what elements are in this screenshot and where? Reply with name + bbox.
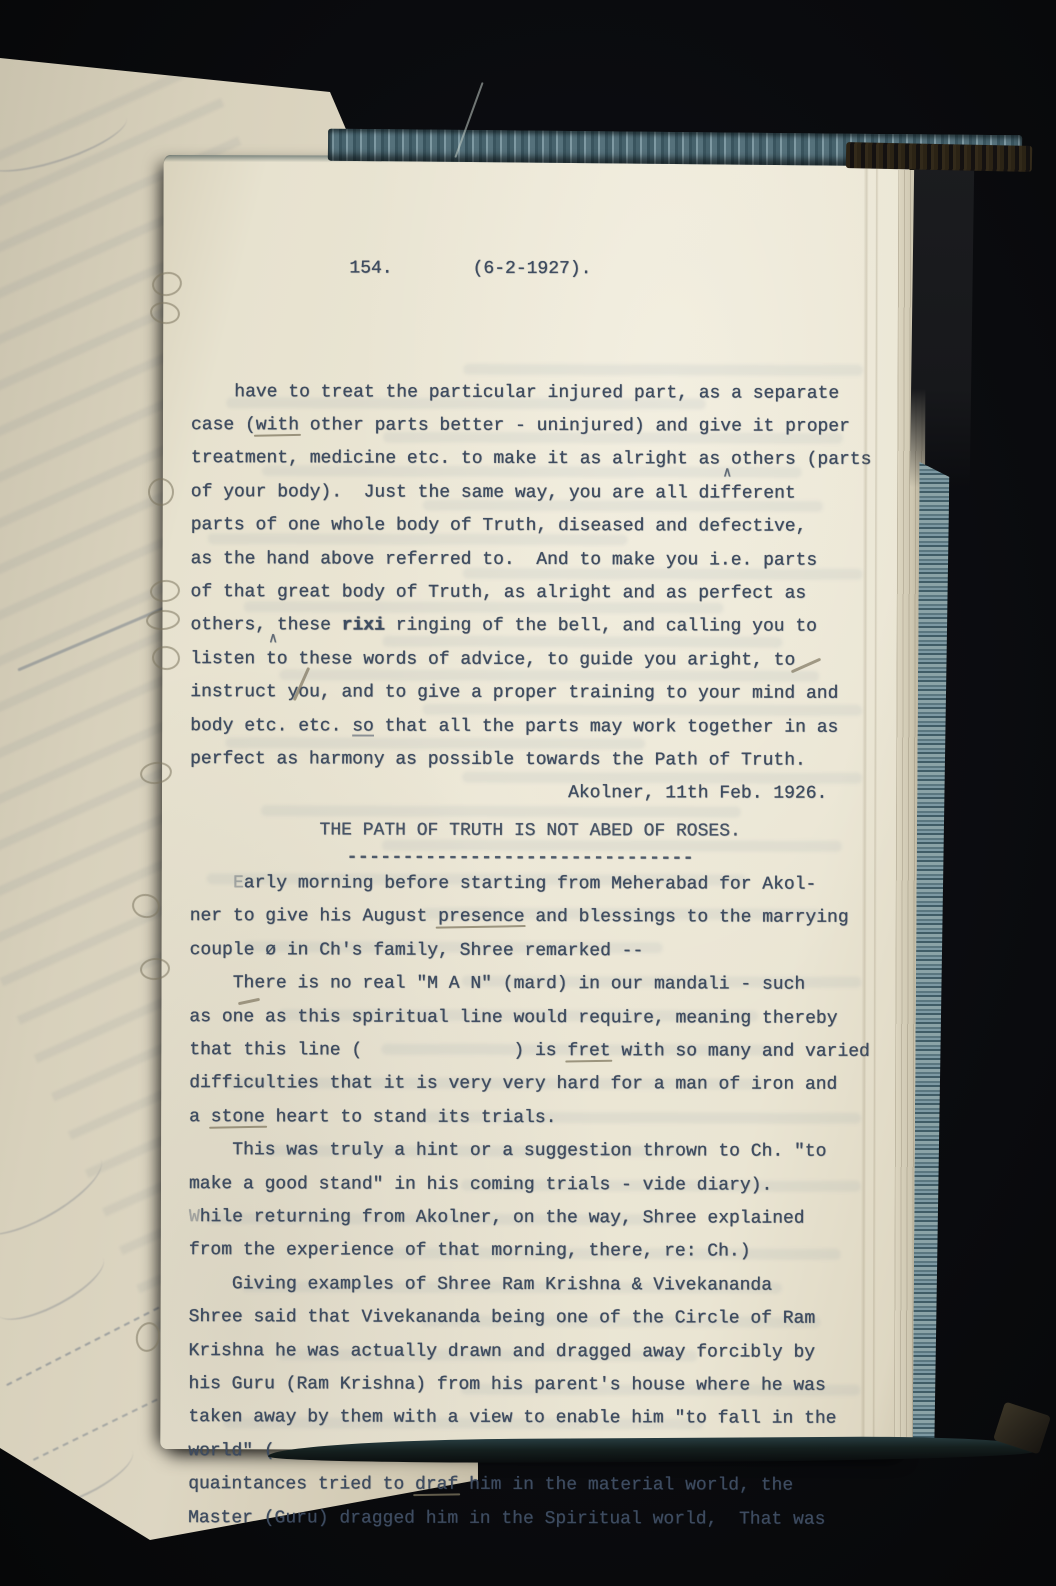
text-line: of your body). Just the same way, you ar… <box>191 476 897 511</box>
manuscript-page: 154.(6-2-1927). have to treat the partic… <box>160 155 909 1451</box>
text-line: others, ∧these rixi ringing of the bell,… <box>190 609 896 644</box>
text-line: perfect as harmony as possible towards t… <box>190 743 896 778</box>
text-line: While returning from Akolner, on the way… <box>189 1201 895 1236</box>
text-line: Giving examples of Shree Ram Krishna & V… <box>189 1268 895 1303</box>
text-line: Master (Guru) dragged him in the Spiritu… <box>188 1502 894 1537</box>
text-line: a stone heart to stand its trials. <box>189 1101 895 1136</box>
text-line: couple ø in Ch's family, Shree remarked … <box>190 934 896 969</box>
text-line: Krishna he was actually drawn and dragge… <box>189 1335 895 1370</box>
text-line: from the experience of that morning, the… <box>189 1234 895 1269</box>
handwriting-ghost <box>0 1239 113 1332</box>
binding-braid <box>846 142 1033 172</box>
text-line: listen to these words of advice, to guid… <box>190 643 896 678</box>
photo-backdrop: 154.(6-2-1927). have to treat the partic… <box>0 0 1056 1586</box>
text-line: instruct you, and to give a proper train… <box>190 676 896 711</box>
text-line: THE PATH OF TRUTH IS NOT ABED OF ROSES. <box>190 814 896 849</box>
text-line: of that great body of Truth, as alright … <box>191 576 897 611</box>
text-line: parts of one whole body of Truth, diseas… <box>191 509 897 544</box>
text-line: There is no real "M A N" (mard) in our m… <box>189 967 895 1002</box>
text-line: Shree said that Vivekananda being one of… <box>189 1301 895 1336</box>
text-line: as the hand above referred to. And to ma… <box>191 543 897 578</box>
text-line: his Guru (Ram Krishna) from his parent's… <box>188 1368 894 1403</box>
text-line: This was truly a hint or a suggestion th… <box>189 1134 895 1169</box>
text-line: body etc. etc. so that all the parts may… <box>190 710 896 745</box>
text-line: ------------------------------- <box>190 847 896 869</box>
handwriting-ghost <box>5 1430 142 1523</box>
page-number: 154. <box>349 258 392 278</box>
text-line: case (with other parts better - uninjure… <box>191 409 897 444</box>
text-line: taken away by them with a view to enable… <box>188 1401 894 1436</box>
page-date: (6-2-1927). <box>473 259 592 279</box>
binding-corner <box>910 158 975 489</box>
typed-text: 154.(6-2-1927). have to treat the partic… <box>188 185 898 1537</box>
text-line: make a good stand" in his coming trials … <box>189 1168 895 1203</box>
text-line: treatment, medicine etc. to make it as a… <box>191 443 897 478</box>
text-line: Akolner, 11th Feb. 1926. <box>190 776 896 811</box>
text-line: ner to give his August presence and bles… <box>190 901 896 936</box>
text-line: difficulties that it is very very hard f… <box>189 1068 895 1103</box>
page-header: 154.(6-2-1927). <box>191 252 897 288</box>
text-line: Early morning before starting from Meher… <box>190 867 896 902</box>
text-line: as one as this spiritual line would requ… <box>189 1001 895 1036</box>
text-line: quaintances tried to draf him in the mat… <box>188 1468 894 1503</box>
text-line: have to treat the particular injured par… <box>191 376 897 411</box>
text-line: that this line ( ) is fret with so many … <box>189 1034 895 1069</box>
